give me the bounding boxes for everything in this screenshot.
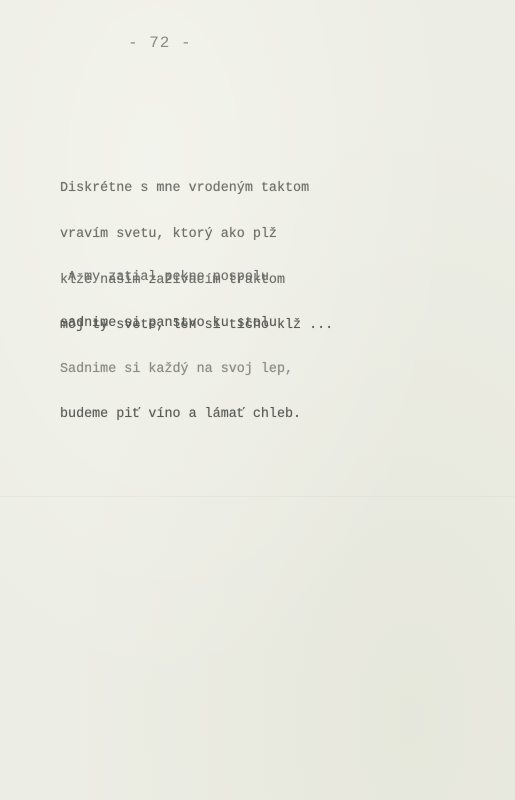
- paper-fold-line: [0, 496, 515, 497]
- poem-line: Sadnime si každý na svoj lep,: [60, 362, 301, 377]
- poem-stanza-2: A my zatial pekne pospolu sadnime si pan…: [60, 240, 301, 453]
- page-number: - 72 -: [128, 34, 192, 52]
- poem-line: budeme piť víno a lámať chleb.: [60, 407, 301, 422]
- poem-line: sadnime si panstvo ku stolu: [60, 316, 301, 331]
- scanned-page: - 72 - Diskrétne s mne vrodeným taktom v…: [0, 0, 515, 800]
- poem-line: Diskrétne s mne vrodeným taktom: [60, 181, 333, 196]
- poem-line: A my zatial pekne pospolu: [60, 270, 301, 285]
